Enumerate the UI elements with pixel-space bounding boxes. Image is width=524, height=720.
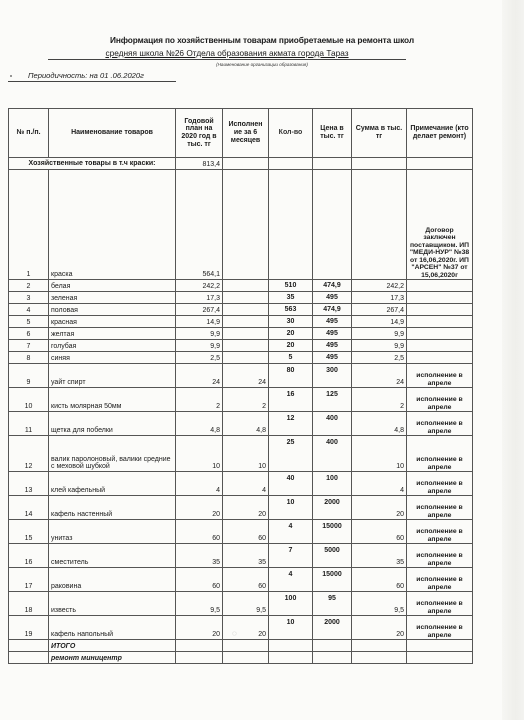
row-name: голубая (49, 340, 176, 352)
row-name: валик паролоновый, валики средние с мехо… (49, 436, 176, 472)
row-num: 19 (9, 616, 49, 640)
row-sum: 9,5 (352, 592, 407, 616)
summary-label: Хозяйственные товары в т.ч краски: (9, 158, 176, 170)
row-sum: 35 (352, 544, 407, 568)
row-plan: 14,9 (176, 316, 223, 328)
row-qty: 16 (269, 388, 313, 412)
empty-cell (269, 640, 313, 652)
row-note: исполнение в апреле (407, 472, 473, 496)
row-qty: 20 (269, 340, 313, 352)
goods-table: № п./п. Наименование товаров Годовой пла… (8, 108, 473, 664)
row-name: краска (49, 170, 176, 280)
table-row: 8синяя2,554952,5 (9, 352, 473, 364)
row-num: 1 (9, 170, 49, 280)
row-name: сместитель (49, 544, 176, 568)
row-sum: 4 (352, 472, 407, 496)
row-qty: 4 (269, 520, 313, 544)
row-plan: 2 (176, 388, 223, 412)
row-num: 12 (9, 436, 49, 472)
row-num: 13 (9, 472, 49, 496)
row-num: 9 (9, 364, 49, 388)
row-plan: 267,4 (176, 304, 223, 316)
row-name: зеленая (49, 292, 176, 304)
footer-row: ИТОГО (9, 640, 473, 652)
row-qty: 100 (269, 592, 313, 616)
row-note: исполнение в апреле (407, 364, 473, 388)
row-note: исполнение в апреле (407, 520, 473, 544)
row-note: исполнение в апреле (407, 568, 473, 592)
row-plan: 2,5 (176, 352, 223, 364)
footer-row: ремонт миницентр (9, 652, 473, 664)
row-sum: 9,9 (352, 328, 407, 340)
row-price: 95 (313, 592, 352, 616)
table-row: 12валик паролоновый, валики средние с ме… (9, 436, 473, 472)
row-name: уайт спирт (49, 364, 176, 388)
row-plan: 4,8 (176, 412, 223, 436)
row-note (407, 328, 473, 340)
row-sum: 60 (352, 568, 407, 592)
row-price: 495 (313, 328, 352, 340)
row-plan: 60 (176, 568, 223, 592)
empty-cell (407, 640, 473, 652)
table-row: 19кафель напольный202010200020исполнение… (9, 616, 473, 640)
row-plan: 60 (176, 520, 223, 544)
footer-label: ИТОГО (49, 640, 176, 652)
row-price: 474,9 (313, 304, 352, 316)
row-done: 10 (223, 436, 269, 472)
organization-line: средняя школа №26 Отдела образования акм… (48, 48, 406, 60)
row-num: 14 (9, 496, 49, 520)
table-row: 14кафель настенный202010200020исполнение… (9, 496, 473, 520)
row-name: красная (49, 316, 176, 328)
empty-cell (352, 652, 407, 664)
row-num: 8 (9, 352, 49, 364)
row-qty: 510 (269, 280, 313, 292)
row-done (223, 170, 269, 280)
empty-cell (176, 652, 223, 664)
row-plan: 10 (176, 436, 223, 472)
row-name: кафель напольный (49, 616, 176, 640)
table-row: 13клей кафельный44401004исполнение в апр… (9, 472, 473, 496)
row-qty: 20 (269, 328, 313, 340)
row-sum (352, 170, 407, 280)
row-num: 17 (9, 568, 49, 592)
row-qty: 12 (269, 412, 313, 436)
table-row: 11щетка для побелки4,84,8124004,8исполне… (9, 412, 473, 436)
summary-row: Хозяйственные товары в т.ч краски: 813,4 (9, 158, 473, 170)
row-sum: 14,9 (352, 316, 407, 328)
row-price: 5000 (313, 544, 352, 568)
row-name: раковина (49, 568, 176, 592)
empty-cell (407, 652, 473, 664)
table-row: 18известь9,59,5100959,5исполнение в апре… (9, 592, 473, 616)
row-sum: 267,4 (352, 304, 407, 316)
row-plan: 20 (176, 496, 223, 520)
empty-cell (352, 640, 407, 652)
empty-cell (269, 652, 313, 664)
row-name: щетка для побелки (49, 412, 176, 436)
row-done: 20 (223, 616, 269, 640)
row-qty: 25 (269, 436, 313, 472)
row-plan: 20 (176, 616, 223, 640)
table-row: 15унитаз606041500060исполнение в апреле (9, 520, 473, 544)
header-done: Исполнен ие за 6 месяцев (223, 109, 269, 158)
row-name: белая (49, 280, 176, 292)
row-plan: 564,1 (176, 170, 223, 280)
row-qty: 80 (269, 364, 313, 388)
header-price: Цена в тыс. тг (313, 109, 352, 158)
empty-cell (9, 652, 49, 664)
header-note: Примечание (кто делает ремонт) (407, 109, 473, 158)
row-price: 495 (313, 316, 352, 328)
row-note (407, 316, 473, 328)
footer-label: ремонт миницентр (49, 652, 176, 664)
period-line: Периодичность: на 01 .06.2020г (8, 71, 176, 82)
row-price: 474,9 (313, 280, 352, 292)
row-num: 10 (9, 388, 49, 412)
row-sum: 60 (352, 520, 407, 544)
row-sum: 20 (352, 616, 407, 640)
table-row: 16сместитель35357500035исполнение в апре… (9, 544, 473, 568)
table-row: 5красная14,93049514,9 (9, 316, 473, 328)
table-row: 7голубая9,9204959,9 (9, 340, 473, 352)
row-price: 2000 (313, 496, 352, 520)
empty-cell (313, 640, 352, 652)
row-note (407, 280, 473, 292)
header-qty: Кол-во (269, 109, 313, 158)
row-name: кисть молярная 50мм (49, 388, 176, 412)
scan-edge (502, 0, 524, 720)
row-plan: 35 (176, 544, 223, 568)
row-price: 15000 (313, 568, 352, 592)
table-row: 17раковина606041500060исполнение в апрел… (9, 568, 473, 592)
row-note (407, 304, 473, 316)
empty-cell (223, 640, 269, 652)
row-done (223, 316, 269, 328)
row-done: 60 (223, 568, 269, 592)
row-note: исполнение в апреле (407, 616, 473, 640)
row-qty: 10 (269, 616, 313, 640)
row-num: 18 (9, 592, 49, 616)
row-sum: 17,3 (352, 292, 407, 304)
row-qty: 563 (269, 304, 313, 316)
empty-cell (9, 640, 49, 652)
row-qty: 10 (269, 496, 313, 520)
header-num: № п./п. (9, 109, 49, 158)
row-price: 2000 (313, 616, 352, 640)
row-price: 495 (313, 352, 352, 364)
row-done: 9,5 (223, 592, 269, 616)
table-row: 2белая242,2510474,9242,2 (9, 280, 473, 292)
summary-plan: 813,4 (176, 158, 223, 170)
row-done (223, 280, 269, 292)
row-note: исполнение в апреле (407, 412, 473, 436)
row-sum: 24 (352, 364, 407, 388)
row-sum: 2,5 (352, 352, 407, 364)
table-row: 10кисть молярная 50мм22161252исполнение … (9, 388, 473, 412)
header-sum: Сумма в тыс. тг (352, 109, 407, 158)
row-done: 2 (223, 388, 269, 412)
table-row: 4половая267,4563474,9267,4 (9, 304, 473, 316)
row-sum: 10 (352, 436, 407, 472)
row-note: исполнение в апреле (407, 496, 473, 520)
row-price: 15000 (313, 520, 352, 544)
row-note: исполнение в апреле (407, 592, 473, 616)
row-sum: 2 (352, 388, 407, 412)
row-num: 4 (9, 304, 49, 316)
row-price (313, 170, 352, 280)
table-row: 1краска564,1Договор заключен поставщиком… (9, 170, 473, 280)
row-note (407, 352, 473, 364)
row-sum: 242,2 (352, 280, 407, 292)
row-num: 16 (9, 544, 49, 568)
row-done: 60 (223, 520, 269, 544)
row-done (223, 352, 269, 364)
table-row: 6желтая9,9204959,9 (9, 328, 473, 340)
row-plan: 9,9 (176, 340, 223, 352)
row-note: Договор заключен поставщиком. ИП "МЕДИ-Н… (407, 170, 473, 280)
row-done: 4,8 (223, 412, 269, 436)
organization-name: средняя школа №26 Отдела образования акм… (105, 48, 348, 58)
row-price: 125 (313, 388, 352, 412)
row-sum: 4,8 (352, 412, 407, 436)
row-note (407, 292, 473, 304)
table-row: 9уайт спирт24248030024исполнение в апрел… (9, 364, 473, 388)
row-num: 2 (9, 280, 49, 292)
row-name: унитаз (49, 520, 176, 544)
row-name: половая (49, 304, 176, 316)
row-qty: 7 (269, 544, 313, 568)
row-done: 4 (223, 472, 269, 496)
table-row: 3зеленая17,33549517,3 (9, 292, 473, 304)
row-num: 15 (9, 520, 49, 544)
row-note: исполнение в апреле (407, 544, 473, 568)
row-name: синяя (49, 352, 176, 364)
empty-cell (176, 640, 223, 652)
row-num: 7 (9, 340, 49, 352)
row-price: 495 (313, 292, 352, 304)
empty-cell (223, 652, 269, 664)
row-sum: 20 (352, 496, 407, 520)
row-qty (269, 170, 313, 280)
row-done (223, 328, 269, 340)
row-qty: 40 (269, 472, 313, 496)
empty-cell (313, 652, 352, 664)
row-name: желтая (49, 328, 176, 340)
document-title: Информация по хозяйственным товарам прио… (0, 35, 524, 45)
row-num: 11 (9, 412, 49, 436)
organization-caption: (Наименование организации образования) (0, 62, 524, 67)
row-price: 300 (313, 364, 352, 388)
row-done (223, 292, 269, 304)
row-price: 100 (313, 472, 352, 496)
row-qty: 5 (269, 352, 313, 364)
header-plan: Годовой план на 2020 год в тыс. тг (176, 109, 223, 158)
row-name: кафель настенный (49, 496, 176, 520)
row-plan: 17,3 (176, 292, 223, 304)
row-note: исполнение в апреле (407, 388, 473, 412)
row-done: 24 (223, 364, 269, 388)
row-sum: 9,9 (352, 340, 407, 352)
row-num: 3 (9, 292, 49, 304)
row-done: 20 (223, 496, 269, 520)
row-num: 6 (9, 328, 49, 340)
row-note: исполнение в апреле (407, 436, 473, 472)
row-plan: 9,9 (176, 328, 223, 340)
row-plan: 24 (176, 364, 223, 388)
row-qty: 35 (269, 292, 313, 304)
row-qty: 30 (269, 316, 313, 328)
row-done (223, 340, 269, 352)
row-name: клей кафельный (49, 472, 176, 496)
row-price: 400 (313, 436, 352, 472)
row-name: известь (49, 592, 176, 616)
row-price: 495 (313, 340, 352, 352)
row-plan: 9,5 (176, 592, 223, 616)
header-name: Наименование товаров (49, 109, 176, 158)
header-row: № п./п. Наименование товаров Годовой пла… (9, 109, 473, 158)
row-done: 35 (223, 544, 269, 568)
row-note (407, 340, 473, 352)
row-price: 400 (313, 412, 352, 436)
row-done (223, 304, 269, 316)
row-plan: 4 (176, 472, 223, 496)
row-num: 5 (9, 316, 49, 328)
row-qty: 4 (269, 568, 313, 592)
row-plan: 242,2 (176, 280, 223, 292)
scan-mark: ◌ (232, 629, 237, 638)
